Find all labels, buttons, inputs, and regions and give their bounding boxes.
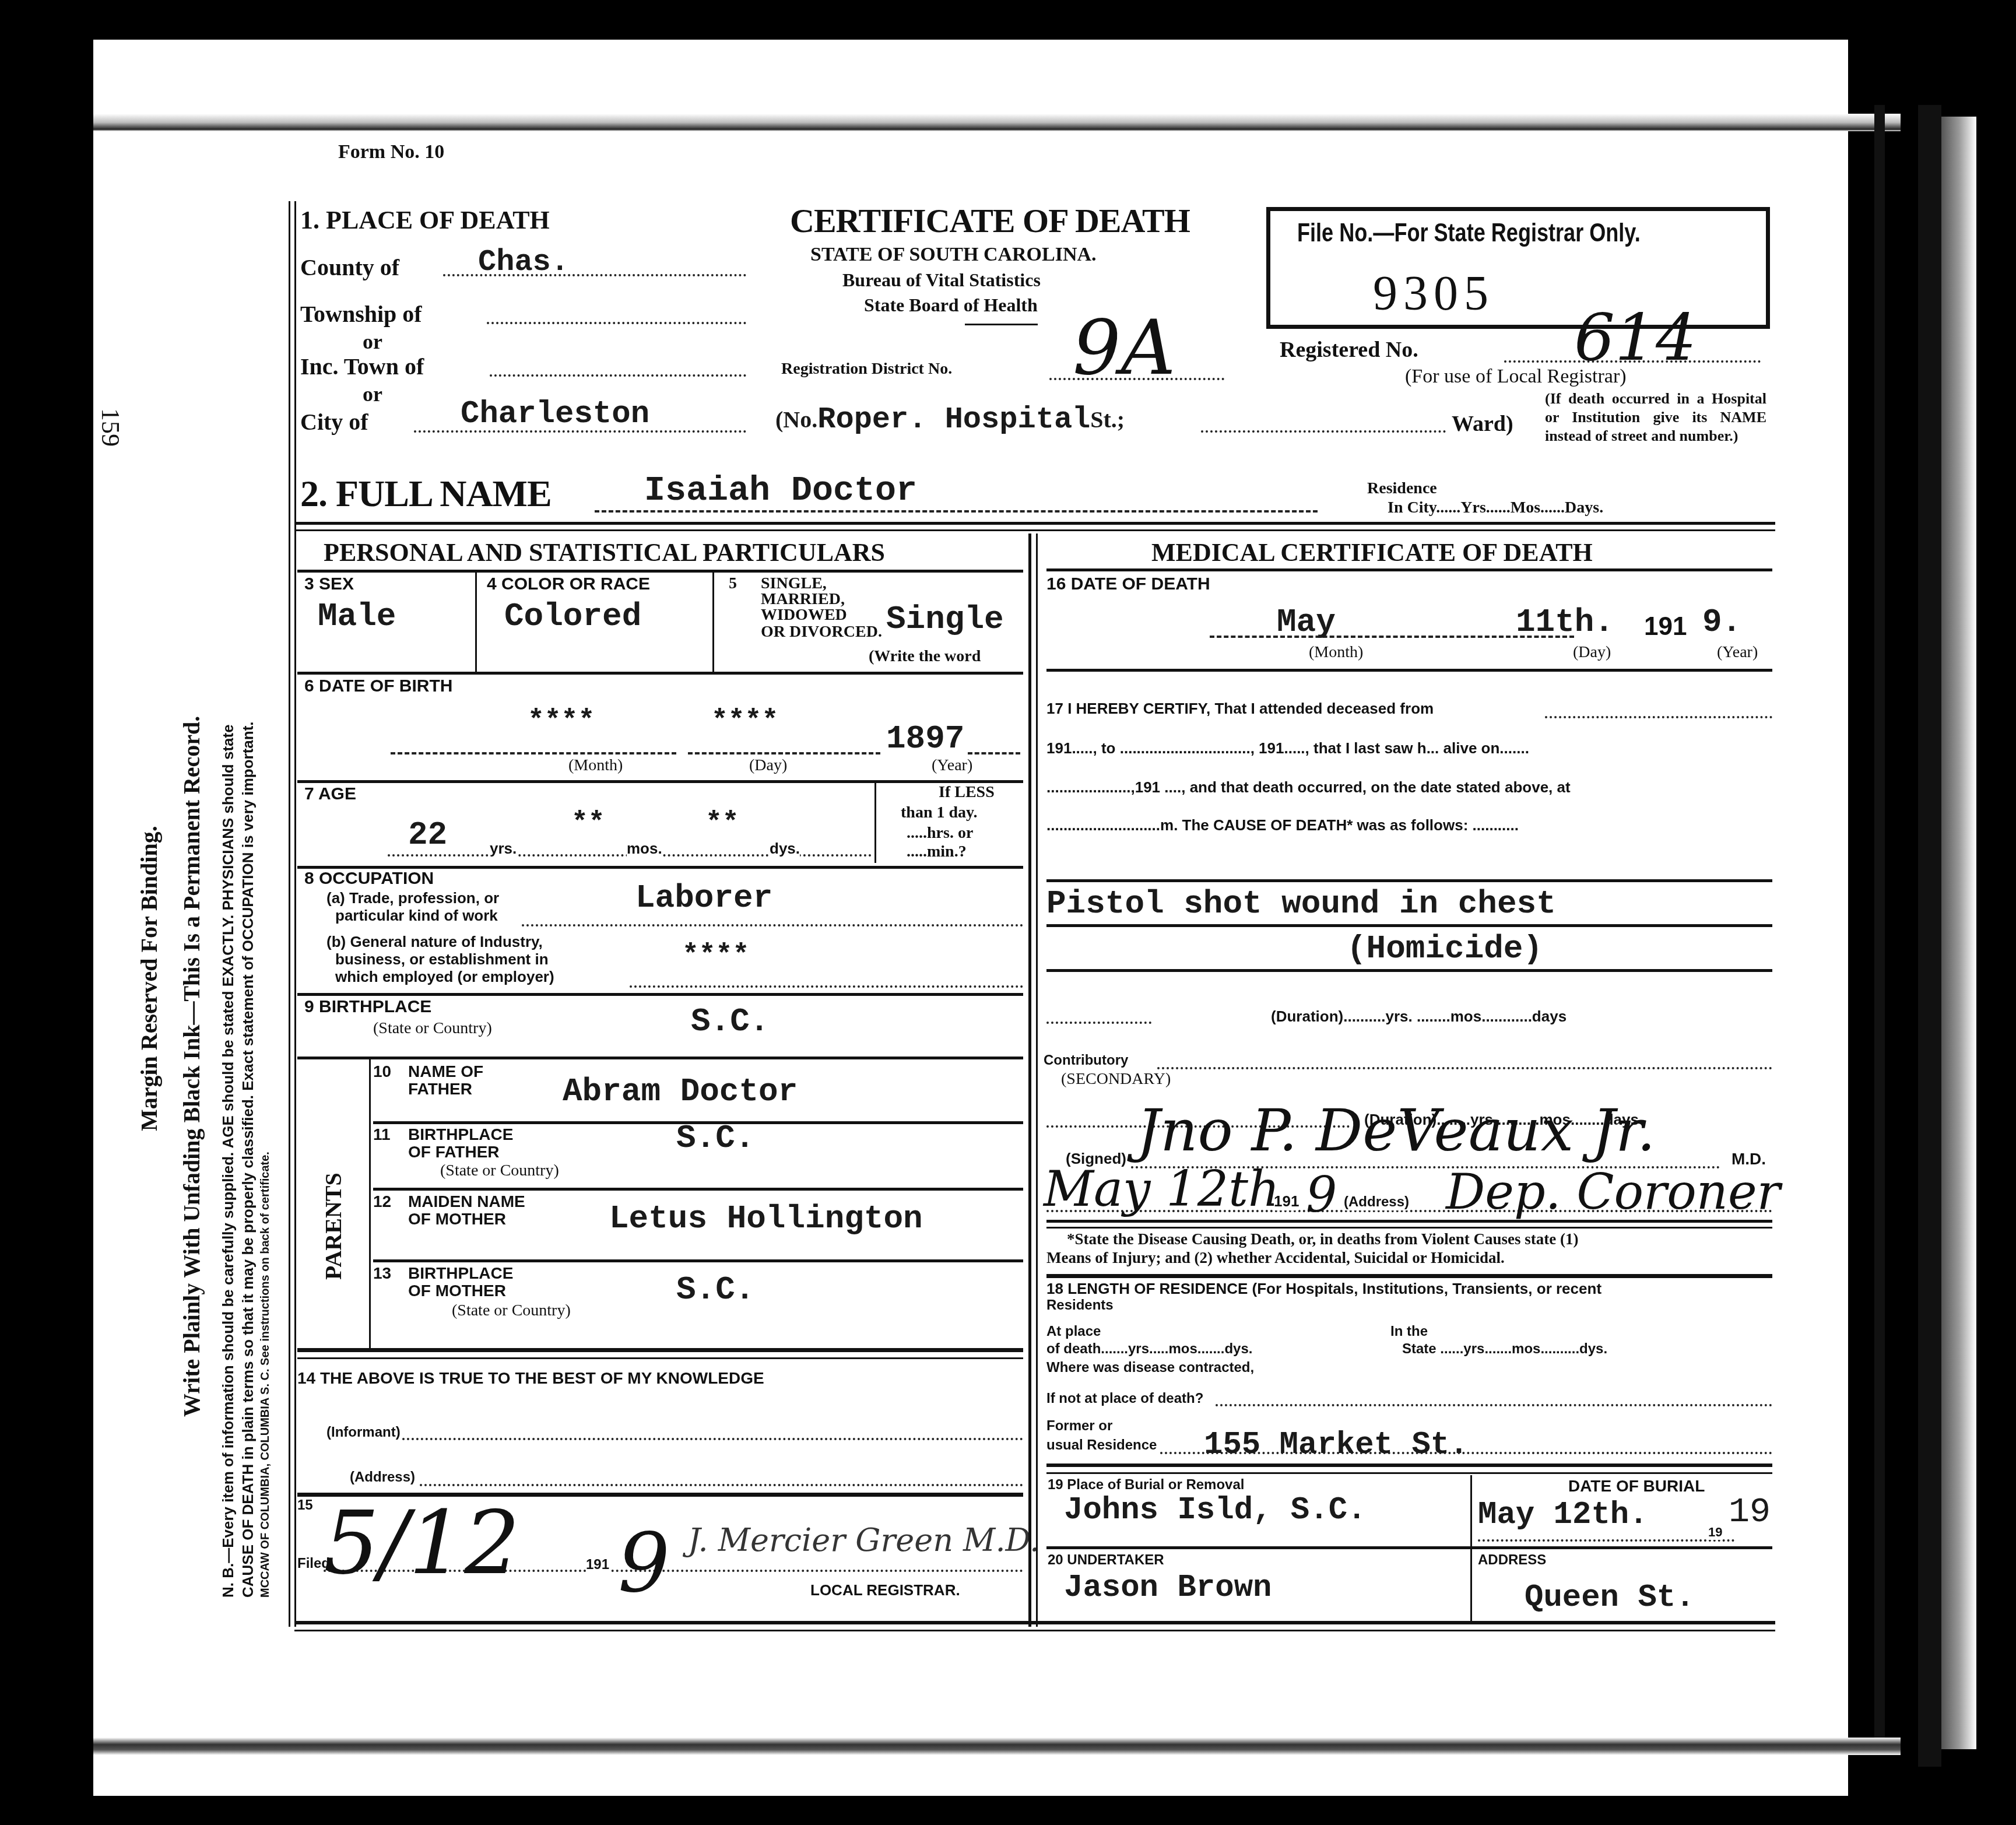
birthplace-label: 9 BIRTHPLACE [304, 997, 431, 1017]
rule-informant-a [297, 1348, 1023, 1352]
age-mos-caption: mos. [627, 840, 662, 858]
race-marital-divider [712, 571, 714, 673]
bureau-name: Bureau of Vital Statistics [842, 269, 1041, 291]
form-border-left-inner [294, 201, 296, 1627]
filed-date[interactable]: 5/12 [324, 1493, 520, 1594]
rule-undertaker [1046, 1546, 1772, 1549]
scan-border-left [0, 0, 93, 1825]
full-name-value[interactable]: Isaiah Doctor [644, 471, 917, 511]
date-of-death-label: 16 DATE OF DEATH [1046, 574, 1210, 594]
dod-day[interactable]: 11th. [1516, 603, 1614, 641]
rule-cause-3 [1046, 969, 1772, 972]
less-than-day-1: If LESS [939, 783, 995, 802]
personal-heading: PERSONAL AND STATISTICAL PARTICULARS [324, 538, 885, 567]
marital-number: 5 [729, 574, 737, 593]
rule-footnote-b [1046, 1227, 1772, 1229]
certificate-title: CERTIFICATE OF DEATH [790, 201, 1190, 240]
father-name[interactable]: Abram Doctor [563, 1073, 798, 1110]
former-residence-value[interactable]: 155 Market St. [1204, 1427, 1469, 1463]
occupation-trade-value[interactable]: Laborer [635, 879, 772, 917]
age-label: 7 AGE [304, 784, 356, 804]
occupation-industry-line [630, 985, 1023, 988]
informant-label: (Informant) [326, 1424, 401, 1441]
margin-instructions-a: N. B.—Every item of information should b… [219, 724, 237, 1598]
hospital-note: (If death occurred in a Hospital or Inst… [1545, 389, 1766, 445]
where-contracted-field[interactable] [1216, 1404, 1772, 1406]
parents-side-label: PARENTS [319, 1173, 347, 1280]
dob-month-caption: (Month) [568, 756, 623, 775]
board-name: State Board of Health [864, 294, 1038, 316]
age-yrs-caption: yrs. [490, 840, 517, 858]
residence-heading: 18 LENGTH OF RESIDENCE (For Hospitals, I… [1046, 1280, 1601, 1298]
rule-parents [297, 1057, 1023, 1059]
mother-label-1: MAIDEN NAME [408, 1192, 525, 1211]
father-birthplace[interactable]: S.C. [676, 1119, 754, 1157]
binding-shadow [1941, 117, 1976, 1749]
occupation-b-label-2: business, or establishment in [335, 950, 549, 968]
dod-month[interactable]: May [1277, 603, 1336, 641]
registration-district-label: Registration District No. [781, 360, 952, 378]
dob-year-line [968, 752, 1020, 754]
where-contracted-1: Where was disease contracted, [1046, 1360, 1254, 1376]
dod-year-caption: (Year) [1717, 643, 1758, 662]
age-less-divider [874, 781, 876, 863]
sex-race-divider [475, 571, 477, 673]
filed-year-prefix: 191 [586, 1557, 609, 1573]
mother-label-2: OF MOTHER [408, 1210, 506, 1229]
former-residence-label-1: Former or [1046, 1418, 1112, 1434]
dod-year-prefix: 191 [1644, 612, 1687, 641]
file-number-label: File No.—For State Registrar Only. [1297, 219, 1641, 248]
birthplace-value[interactable]: S.C. [691, 1003, 769, 1040]
father-bp-label-2: OF FATHER [408, 1143, 500, 1161]
father-label-1: NAME OF [408, 1062, 483, 1081]
certify-line-3: ....................,191 ...., and that … [1046, 778, 1571, 796]
in-state-label-1: In the [1390, 1324, 1428, 1340]
header-divider-2 [294, 529, 1775, 531]
rule-medical [1046, 568, 1772, 571]
page-edge-top [93, 114, 1901, 131]
at-place-label-1: At place [1046, 1324, 1101, 1340]
dob-month-line [391, 752, 676, 754]
city-label: City of [300, 408, 368, 436]
mother-number: 12 [373, 1192, 391, 1211]
mother-bp-label-1: BIRTHPLACE [408, 1264, 513, 1283]
township-label: Township of [300, 300, 422, 328]
county-value[interactable]: Chas. [478, 245, 569, 279]
dob-day[interactable]: **** [711, 706, 778, 737]
local-registrar-label: LOCAL REGISTRAR. [810, 1581, 960, 1599]
or-label-2: or [363, 382, 382, 406]
physician-signature[interactable]: Jno P. DeVeaux Jr. [1137, 1096, 1656, 1164]
footnote-1: *State the Disease Causing Death, or, in… [1067, 1230, 1578, 1248]
sign-year-suffix[interactable]: 9 [1306, 1166, 1337, 1223]
burial-year-prefix: 19 [1708, 1525, 1722, 1540]
town-label: Inc. Town of [300, 353, 424, 380]
rule-personal [297, 570, 1023, 573]
bottom-rule-a [294, 1621, 1775, 1624]
rule-mother [373, 1188, 1023, 1191]
informant-field[interactable] [402, 1438, 1023, 1440]
father-number: 10 [373, 1062, 391, 1081]
undertaker-name[interactable]: Jason Brown [1064, 1570, 1272, 1606]
birthplace-sub: (State or Country) [373, 1019, 492, 1038]
margin-binding-note: Margin Reserved For Binding. [135, 826, 163, 1131]
rule-certify [1046, 669, 1772, 672]
age-months[interactable]: ** [571, 808, 605, 839]
binding-edge [1918, 105, 1941, 1767]
undertaker-address[interactable]: Queen St. [1525, 1580, 1695, 1616]
registrar-signature[interactable]: J. Mercier Green M.D. [688, 1522, 1039, 1559]
dob-year-caption: (Year) [932, 756, 972, 775]
binding-rule [1874, 105, 1885, 1738]
parents-divider [369, 1058, 371, 1350]
sex-label: 3 SEX [304, 574, 354, 594]
street-prefix: (No. [775, 406, 817, 433]
undertaker-label: 20 UNDERTAKER [1048, 1552, 1164, 1568]
burial-year[interactable]: 19 [1729, 1493, 1771, 1532]
at-place-label-2: of death.......yrs.....mos.......dys. [1046, 1341, 1252, 1357]
contributory-line[interactable] [1157, 1067, 1772, 1069]
rule-birthplace [297, 993, 1023, 996]
contributory-label: Contributory [1044, 1052, 1128, 1069]
occupation-industry-value[interactable]: **** [682, 940, 749, 971]
mother-bp-number: 13 [373, 1264, 391, 1283]
street-suffix: St.; [1090, 406, 1125, 433]
footnote-2: Means of Injury; and (2) whether Acciden… [1046, 1249, 1505, 1267]
rule-age [297, 780, 1023, 783]
page-edge-bottom [93, 1738, 1901, 1755]
burial-place[interactable]: Johns Isld, S.C. [1064, 1493, 1366, 1528]
occupation-trade-line [522, 924, 1023, 926]
certify-line-4: ...........................m. The CAUSE … [1046, 816, 1519, 834]
in-state-label-2: State ......yrs.......mos..........dys. [1402, 1341, 1607, 1357]
residence-in-city: In City......Yrs......Mos......Days. [1388, 499, 1603, 517]
registration-district-value[interactable]: 9A [1073, 303, 1176, 392]
county-label: County of [300, 254, 399, 281]
margin-page-number: 159 [96, 408, 125, 447]
burial-date-label: DATE OF BURIAL [1568, 1477, 1705, 1496]
rule-mother-bp [373, 1259, 1023, 1262]
dod-year-suffix[interactable]: 9. [1702, 603, 1741, 641]
cause-manner[interactable]: (Homicide) [1347, 930, 1543, 967]
rule-burial-b [1046, 1472, 1772, 1474]
header-rule [965, 324, 1038, 325]
father-bp-number: 11 [373, 1125, 391, 1144]
informant-heading: 14 THE ABOVE IS TRUE TO THE BEST OF MY K… [297, 1369, 764, 1388]
dob-day-caption: (Day) [749, 756, 787, 775]
local-registrar-note: (For use of Local Registrar) [1405, 366, 1627, 388]
father-bp-label-1: BIRTHPLACE [408, 1125, 513, 1144]
where-contracted-2: If not at place of death? [1046, 1391, 1203, 1407]
mother-bp-label-2: OF MOTHER [408, 1282, 506, 1300]
certify-line-2: 191....., to ...........................… [1046, 739, 1529, 757]
state-name: STATE OF SOUTH CAROLINA. [810, 244, 1097, 266]
township-line[interactable] [487, 322, 746, 324]
filing-number: 15 [297, 1497, 313, 1514]
age-dys-caption: dys. [770, 840, 800, 858]
rule-informant-b [297, 1357, 1023, 1359]
certify-line-1: 17 I HEREBY CERTIFY, That I attended dec… [1046, 700, 1434, 718]
duration-primary-lead [1046, 1022, 1151, 1024]
occupation-b-label-3: which employed (or employer) [335, 968, 554, 986]
sign-year-prefix: 191 [1274, 1192, 1299, 1210]
rule-footnote-a [1046, 1220, 1772, 1223]
residence-heading-2: Residents [1046, 1297, 1114, 1314]
race-value[interactable]: Colored [504, 598, 641, 635]
dod-day-caption: (Day) [1573, 643, 1611, 662]
rule-cause [1046, 879, 1772, 882]
ward-line[interactable] [1201, 430, 1446, 433]
residence-label: Residence [1367, 479, 1437, 498]
undertaker-address-label: ADDRESS [1478, 1552, 1546, 1568]
street-name: Roper. Hospital [817, 402, 1090, 437]
full-name-label: 2. FULL NAME [300, 472, 552, 515]
ward-label: Ward) [1452, 411, 1513, 437]
rule-residence [1046, 1274, 1772, 1278]
rule-cause-2 [1046, 924, 1772, 927]
dod-month-caption: (Month) [1309, 643, 1363, 662]
father-bp-label-3: (State or Country) [440, 1161, 559, 1180]
race-label: 4 COLOR OR RACE [487, 574, 650, 594]
column-divider-a [1028, 534, 1031, 1627]
dob-month[interactable]: **** [528, 706, 595, 737]
scan-border-right [1976, 0, 2016, 1825]
marital-label-4: OR DIVORCED. [761, 623, 882, 641]
filed-year-suffix[interactable]: 9 [618, 1516, 670, 1611]
street-value[interactable]: (No.Roper. HospitalSt.; [775, 402, 1125, 437]
burial-date-line [1478, 1539, 1734, 1542]
rule-burial-a [1046, 1463, 1772, 1467]
town-line[interactable] [490, 374, 746, 377]
medical-address[interactable]: Dep. Coroner [1446, 1163, 1780, 1220]
former-residence-label-2: usual Residence [1046, 1437, 1157, 1454]
column-divider-b [1036, 534, 1038, 1627]
sex-value[interactable]: Male [318, 598, 396, 635]
marital-label-3: WIDOWED [761, 606, 847, 624]
file-number-value[interactable]: 9305 [1373, 265, 1494, 322]
less-than-day-4: .....min.? [907, 843, 967, 861]
mother-name[interactable]: Letus Hollington [609, 1200, 923, 1237]
less-than-day-2: than 1 day. [901, 803, 978, 822]
informant-address-field[interactable] [420, 1484, 1023, 1486]
rule-dob [297, 672, 1023, 675]
medical-heading: MEDICAL CERTIFICATE OF DEATH [1151, 538, 1593, 567]
form-number: Form No. 10 [338, 141, 444, 163]
father-label-2: FATHER [408, 1080, 472, 1098]
registered-number-label: Registered No. [1280, 337, 1418, 363]
medical-address-label: (Address) [1344, 1194, 1409, 1210]
less-than-day-3: .....hrs. or [907, 824, 973, 843]
duration-primary: (Duration)..........yrs. ........mos....… [1271, 1008, 1567, 1026]
dob-year[interactable]: 1897 [886, 720, 964, 757]
cause-primary[interactable]: Pistol shot wound in chest [1046, 885, 1556, 922]
city-value[interactable]: Charleston [461, 396, 649, 432]
burial-date[interactable]: May 12th. [1478, 1497, 1648, 1533]
burial-place-label: 19 Place of Burial or Removal [1048, 1477, 1244, 1493]
occupation-label: 8 OCCUPATION [304, 869, 434, 889]
or-label-1: or [363, 329, 382, 354]
place-of-death-heading: 1. PLACE OF DEATH [300, 205, 550, 235]
informant-address-label: (Address) [350, 1469, 415, 1486]
dob-label: 6 DATE OF BIRTH [304, 676, 452, 696]
margin-instructions-c: MCCAW OF COLUMBIA, COLUMBIA S. C. See in… [259, 1152, 272, 1598]
certify-from-line [1545, 716, 1772, 718]
header-divider-1 [294, 522, 1775, 525]
secondary-label: (SECONDARY) [1061, 1070, 1171, 1089]
age-days[interactable]: ** [705, 808, 739, 839]
dob-day-line [688, 752, 880, 754]
margin-ink-note: Write Plainly With Unfading Black Ink—Th… [178, 716, 205, 1417]
occupation-a-label-1: (a) Trade, profession, or [326, 889, 499, 907]
form-border-left-outer [289, 201, 290, 1627]
marital-hint: (Write the word [869, 647, 981, 666]
occupation-a-label-2: particular kind of work [335, 907, 498, 925]
age-years[interactable]: 22 [408, 816, 447, 854]
sign-date[interactable]: May 12th [1044, 1160, 1280, 1217]
mother-bp-label-3: (State or Country) [452, 1301, 571, 1320]
bottom-rule-b [294, 1630, 1775, 1631]
occupation-b-label-1: (b) General nature of Industry, [326, 933, 543, 951]
marital-value[interactable]: Single [886, 601, 1004, 638]
margin-instructions-b: CAUSE OF DEATH in plain terms so that it… [239, 721, 257, 1598]
mother-birthplace[interactable]: S.C. [676, 1271, 754, 1308]
registered-number-value[interactable]: 614 [1574, 300, 1697, 375]
